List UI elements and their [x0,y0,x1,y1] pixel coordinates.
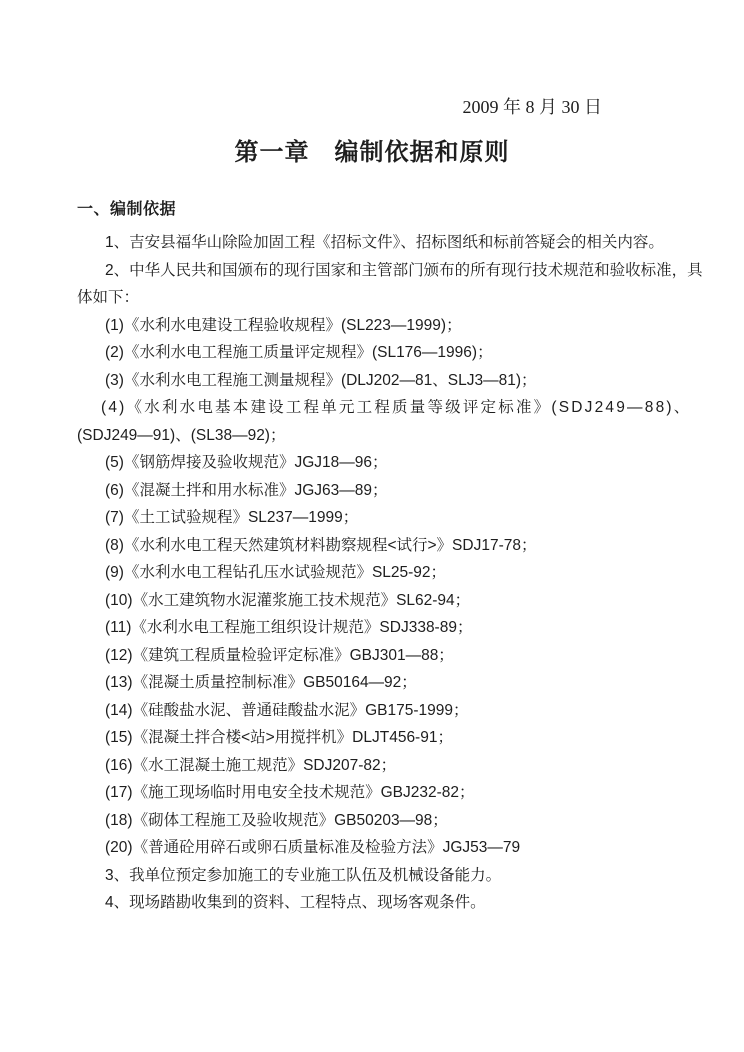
text-line: (13)《混凝土质量控制标准》GB50164—92； [77,669,695,697]
text-line: (15)《混凝土拌合楼<站>用搅拌机》DLJT456-91； [77,724,695,752]
text-line: 2、中华人民共和国颁布的现行国家和主管部门颁布的所有现行技术规范和验收标准，具 [77,257,695,285]
text-line: (5)《钢筋焊接及验收规范》JGJ18—96； [77,449,695,477]
text-line: (2)《水利水电工程施工质量评定规程》(SL176—1996)； [77,339,695,367]
text-line: (3)《水利水电工程施工测量规程》(DLJ202—81、SLJ3—81)； [77,367,695,395]
text-line: (11)《水利水电工程施工组织设计规范》SDJ338-89； [77,614,695,642]
text-line: 1、吉安县福华山除险加固工程《招标文件》、招标图纸和标前答疑会的相关内容。 [77,229,695,257]
chapter-title: 第一章 编制依据和原则 [0,137,744,169]
text-line: (1)《水利水电建设工程验收规程》(SL223—1999)； [77,312,695,340]
text-line: (7)《土工试验规程》SL237—1999； [77,504,695,532]
text-line: (18)《砌体工程施工及验收规范》GB50203—98； [77,807,695,835]
text-line: (14)《硅酸盐水泥、普通硅酸盐水泥》GB175-1999； [77,697,695,725]
text-line: 3、我单位预定参加施工的专业施工队伍及机械设备能力。 [77,862,695,890]
section-heading: 一、编制依据 [77,199,176,221]
text-line: (12)《建筑工程质量检验评定标准》GBJ301—88； [77,642,695,670]
text-line: (6)《混凝土拌和用水标准》JGJ63—89； [77,477,695,505]
text-line: 体如下： [77,284,695,312]
text-line: (20)《普通砼用碎石或卵石质量标准及检验方法》JGJ53—79 [77,834,695,862]
document-date: 2009 年 8 月 30 日 [463,95,603,119]
text-line: 4、现场踏勘收集到的资料、工程特点、现场客观条件。 [77,889,695,917]
document-body: 1、吉安县福华山除险加固工程《招标文件》、招标图纸和标前答疑会的相关内容。2、中… [77,229,695,917]
text-line: (9)《水利水电工程钻孔压水试验规范》SL25-92； [77,559,695,587]
text-line: (16)《水工混凝土施工规范》SDJ207-82； [77,752,695,780]
text-line: (SDJ249—91)、(SL38—92)； [77,422,695,450]
text-line: (8)《水利水电工程天然建筑材料勘察规程<试行>》SDJ17-78； [77,532,695,560]
text-line: (17)《施工现场临时用电安全技术规范》GBJ232-82； [77,779,695,807]
text-line: (4)《水利水电基本建设工程单元工程质量等级评定标准》(SDJ249—88)、 [77,394,695,422]
document-page: 2009 年 8 月 30 日 第一章 编制依据和原则 一、编制依据 1、吉安县… [0,0,744,1052]
text-line: (10)《水工建筑物水泥灌浆施工技术规范》SL62-94； [77,587,695,615]
